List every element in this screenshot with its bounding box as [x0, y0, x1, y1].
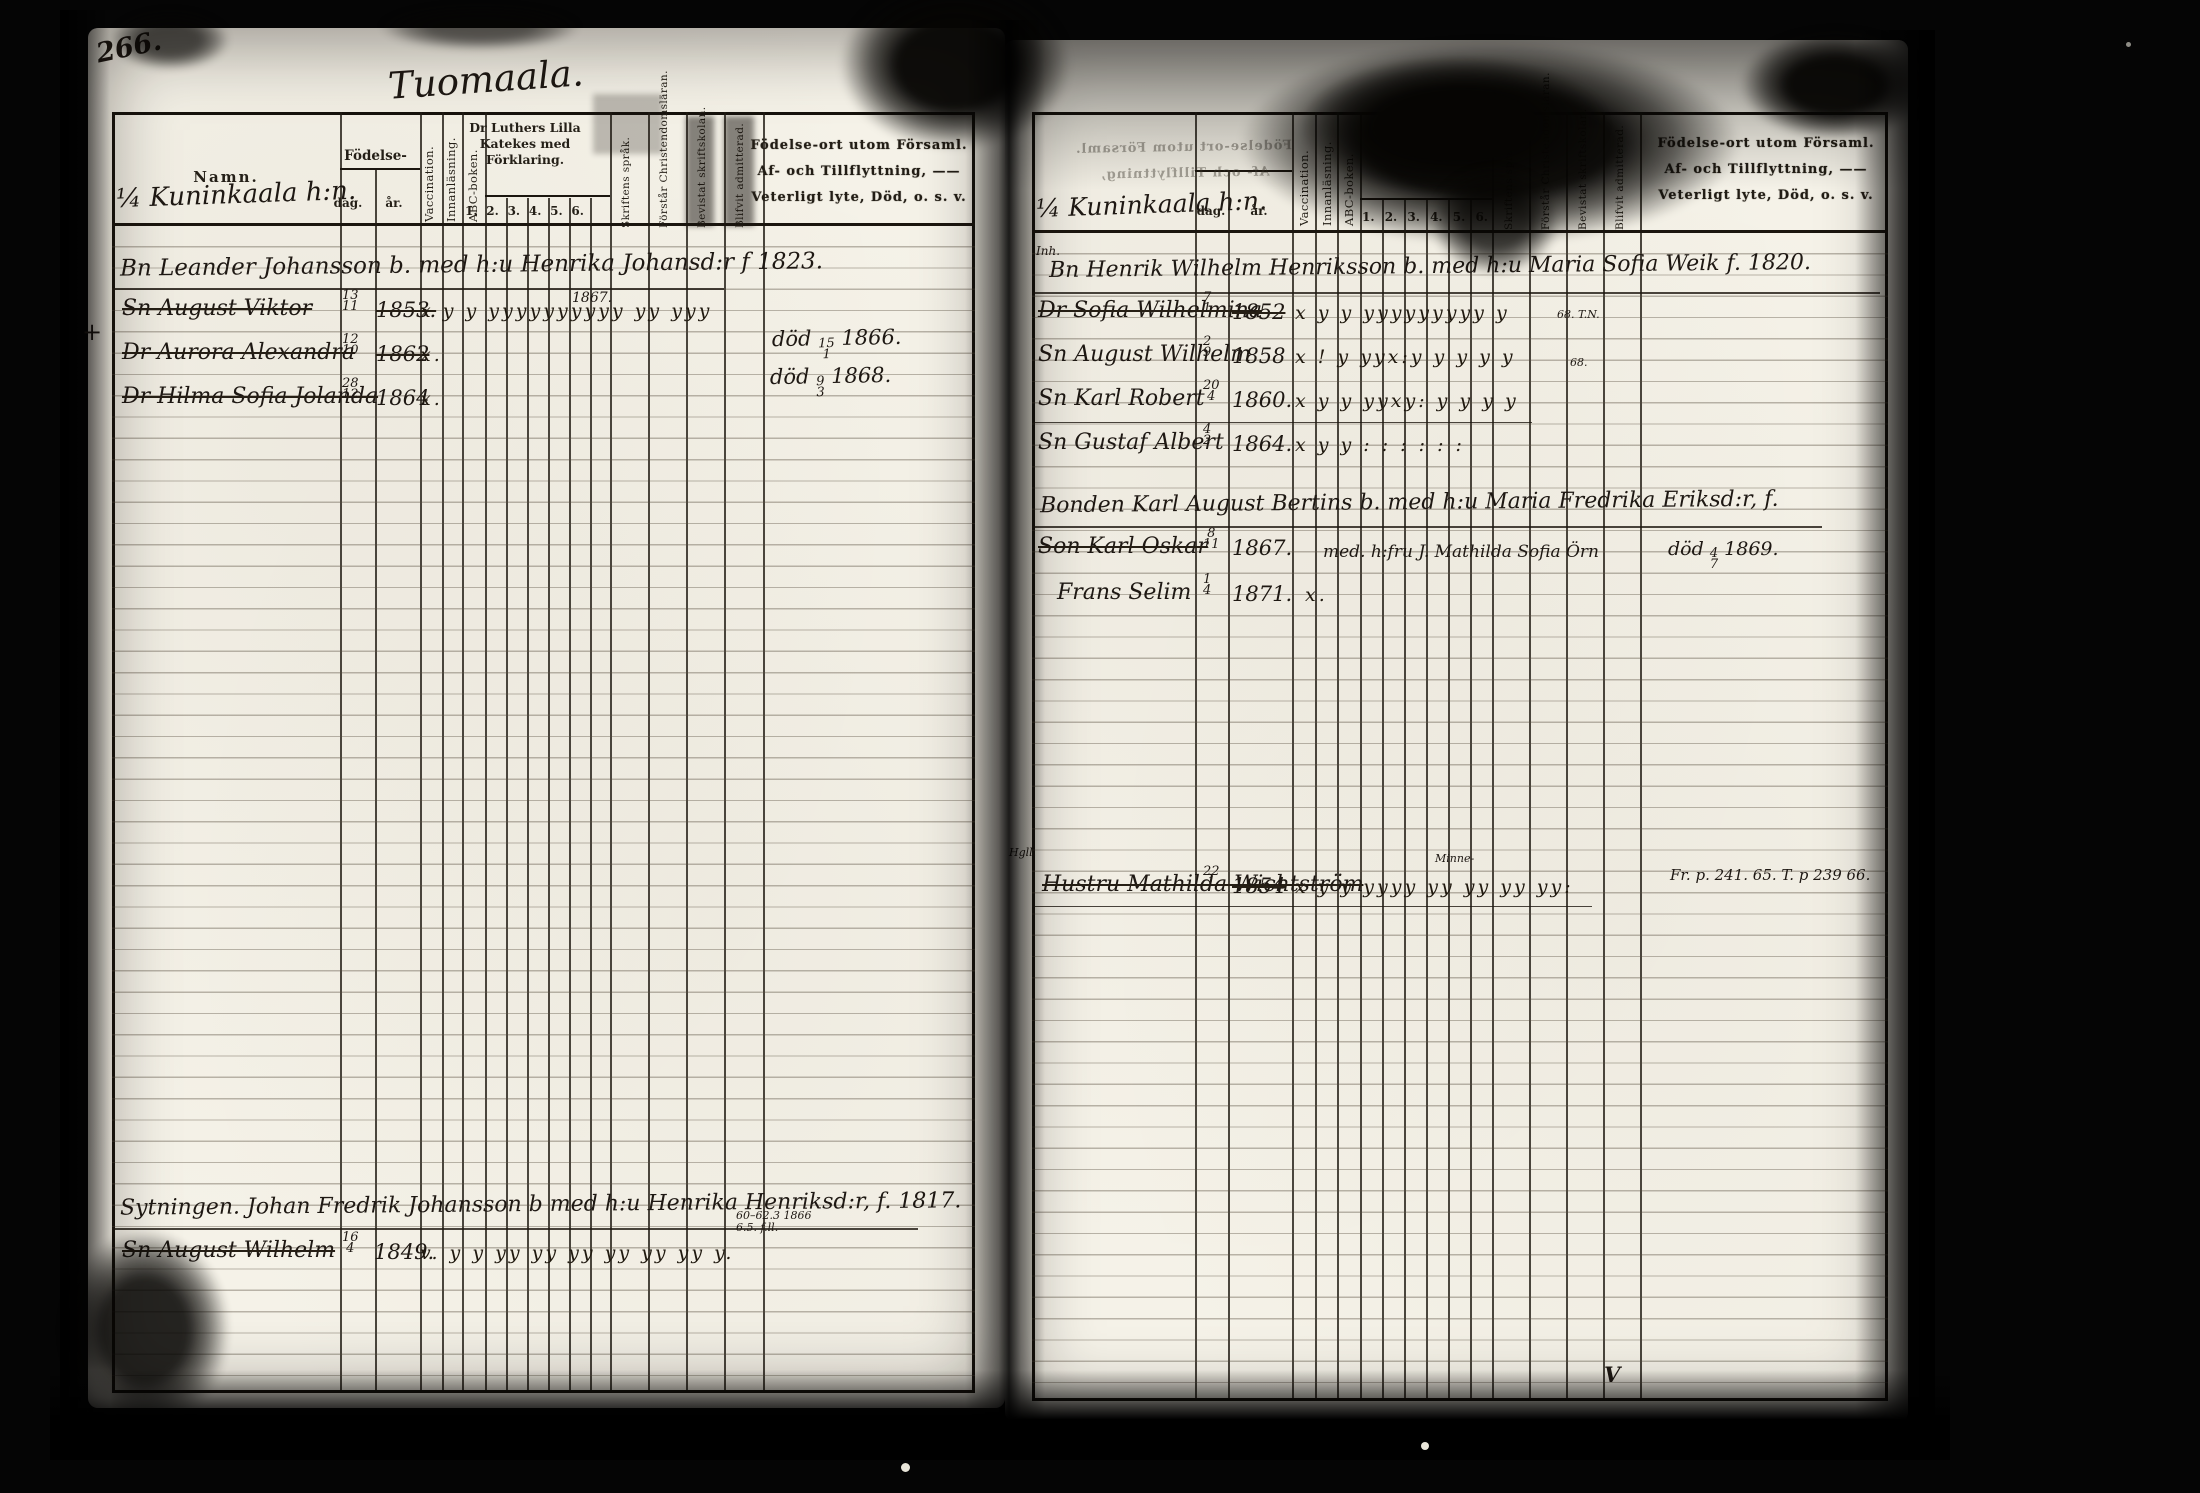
marriage-note: med. h:fru J. Mathilda Sofia Örn — [1323, 542, 1599, 562]
catechism-col-4: 4. — [529, 204, 542, 218]
column-header-remarks-3: Veterligt lyte, Död, o. s. v. — [748, 190, 970, 205]
column-header-abc: ABC-boken. — [1342, 120, 1356, 226]
reference-note: Fr. p. 241. 65. T. p 239 66. — [1670, 866, 1870, 884]
death-year: 1868. — [831, 363, 892, 388]
column-header-birth: Födelse- — [328, 148, 423, 164]
dust-speck — [1421, 1442, 1429, 1450]
check-mark: V — [1604, 1362, 1620, 1387]
death-word: död — [772, 326, 812, 351]
entry-name: Dr Aurora Alexandra — [122, 340, 355, 365]
reading-marks: x. — [420, 344, 443, 366]
birth-year: 1864. — [1232, 432, 1292, 456]
birth-date-fraction: 7 1 — [1203, 292, 1211, 314]
margin-note: Hgll. — [1009, 846, 1036, 859]
entry-name: Frans Selim — [1057, 580, 1191, 605]
entry-note-line2: 6.5. f.ll. — [736, 1221, 778, 1234]
catechism-col-2: 2. — [1385, 210, 1398, 224]
reading-marks: x. — [1305, 584, 1328, 606]
death-note: död 15 1 1866. — [772, 325, 902, 361]
reading-marks: x y y yyxy: y y y y — [1295, 390, 1519, 412]
reading-marks: x. — [420, 388, 443, 410]
birth-year: 1854 — [1232, 874, 1285, 898]
reading-marks: x ! y yyx:y y y y y — [1295, 346, 1516, 368]
ink-smudge — [593, 94, 663, 154]
death-month: 3 — [816, 387, 824, 398]
catechism-col-6: 6. — [1475, 210, 1488, 224]
birth-month: 1 — [1207, 877, 1215, 888]
marks-note: Minne- — [1435, 852, 1474, 865]
catechism-col-3: 3. — [1407, 210, 1420, 224]
birth-date-fraction: 8 11 — [1203, 528, 1220, 550]
reading-marks: x y y yyyyyyyyy y — [1295, 302, 1510, 324]
birth-month: 11 — [1203, 539, 1220, 550]
entry-name: Sn August Viktor — [122, 296, 312, 321]
catechism-line2: Katekes med — [480, 136, 571, 151]
birth-year: 1860. — [1232, 388, 1292, 412]
reading-marks: x y y yyyyyyyyyy yy yyy — [420, 300, 712, 322]
reading-marks: v. y y yy yy yy yy yy yy y. — [420, 1242, 734, 1264]
birth-date-fraction: 4 2 — [1203, 424, 1211, 446]
ink-smudge — [686, 116, 714, 226]
entry-name: Dr Sofia Wilhelmina — [1038, 298, 1262, 323]
birth-year: 1858 — [1232, 344, 1285, 368]
column-header-remarks-1: Födelse-ort utom Församl. — [1647, 136, 1885, 151]
catechism-line3: Förklaring. — [486, 152, 564, 167]
birth-month: 1 — [1203, 303, 1211, 314]
catechism-col-4: 4. — [1430, 210, 1443, 224]
column-header-reading: Innanläsning. — [1320, 120, 1334, 226]
birth-date-fraction: 28 12 — [342, 378, 359, 400]
column-header-day: dag. — [1191, 204, 1231, 218]
death-year: 1869. — [1724, 538, 1778, 560]
birth-year: 1871. — [1232, 582, 1292, 606]
catechism-numbers: 1. 2. 3. 4. 5. 6. — [465, 204, 584, 218]
column-header-understands: Förstår Christendomsläran. — [1540, 124, 1552, 230]
catechism-col-5: 5. — [1453, 210, 1466, 224]
birth-month: 2 — [1203, 435, 1211, 446]
column-header-remarks-2: Af- och Tillflyttning, —— — [1647, 162, 1885, 177]
column-header-reading: Innanläsning. — [444, 116, 458, 222]
dust-speck — [901, 1463, 910, 1472]
entry-underline — [1032, 292, 1880, 294]
entry-name: Sn Gustaf Albert — [1038, 430, 1224, 455]
reading-marks: x y y : : : : : : — [1295, 434, 1465, 456]
dust-speck — [2126, 42, 2131, 47]
reading-marks: x y y yyyy yy yy yy yy: — [1295, 876, 1574, 898]
entry-name: Dr Hilma Sofia Jolanda — [122, 384, 378, 409]
left-page: 266. Tuomaala. Namn. Födelse- dag. år. V… — [88, 28, 1005, 1408]
column-header-admitted: Blifvit admitterad. — [1614, 124, 1626, 230]
column-header-school: Bevistat skriftskolan. — [1577, 124, 1589, 230]
catechism-col-6: 6. — [571, 204, 584, 218]
catechism-col-1: 1. — [465, 204, 478, 218]
column-header-vaccination: Vaccination. — [422, 116, 436, 222]
birth-date-fraction: 2 9 — [1203, 336, 1211, 358]
birth-month: 4 — [1207, 391, 1215, 402]
death-note: död 9 3 1868. — [770, 363, 892, 399]
death-word: död — [1668, 538, 1704, 560]
church-record-scan: 266. Tuomaala. Namn. Födelse- dag. år. V… — [0, 0, 2200, 1493]
entry-name: Sn August Wilhelm — [122, 1238, 335, 1263]
entry-underline — [112, 288, 724, 290]
catechism-col-2: 2. — [486, 204, 499, 218]
catechism-col-5: 5. — [550, 204, 563, 218]
birth-month: 4 — [346, 1243, 354, 1254]
death-note: död 4 7 1869. — [1668, 538, 1779, 570]
entry-note: 68. — [1570, 356, 1588, 369]
death-month: 1 — [822, 349, 830, 360]
birth-date-fraction: 16 4 — [342, 1232, 359, 1254]
column-header-vaccination: Vaccination. — [1297, 120, 1311, 226]
catechism-col-1: 1. — [1362, 210, 1375, 224]
death-month: 7 — [1710, 559, 1718, 570]
birth-year: 1852 — [1232, 300, 1285, 324]
entry-note: 68. T.N. — [1557, 308, 1600, 321]
birth-month: 12 — [342, 389, 359, 400]
catechism-col-3: 3. — [508, 204, 521, 218]
birth-date-fraction: 20 4 — [1203, 380, 1220, 402]
entry-underline — [1032, 906, 1592, 907]
birth-date-fraction: 13 11 — [342, 290, 359, 312]
birth-year: 1867. — [1232, 536, 1292, 560]
column-header-year: år. — [1237, 204, 1281, 218]
birth-month: 4 — [1203, 585, 1211, 596]
entry-name: Son Karl Oskar — [1038, 534, 1208, 559]
column-header-remarks-3: Veterligt lyte, Död, o. s. v. — [1647, 188, 1885, 203]
entry-note: 60–62.3 1866 6.5. f.ll. — [736, 1210, 846, 1234]
village-title: Tuomaala. — [387, 51, 585, 108]
catechism-line1: Dr Luthers Lilla — [469, 120, 581, 135]
birth-date-fraction: 12 10 — [342, 334, 359, 356]
margin-cross-mark: + — [82, 318, 102, 346]
right-page: Födelse-ort utom Församl. Af- och Tillfl… — [1005, 40, 1908, 1422]
column-header-remarks-2: Af- och Tillflyttning, —— — [748, 164, 970, 179]
column-header-remarks-1: Födelse-ort utom Församl. — [748, 138, 970, 153]
entry-prefix: Inh. — [1036, 244, 1060, 258]
birth-date-fraction: 1 4 — [1203, 574, 1211, 596]
catechism-numbers: 1. 2. 3. 4. 5. 6. — [1362, 210, 1488, 224]
bleed-text-line2: Af- och Tillflyttning, — [1100, 165, 1270, 183]
birth-date-fraction: 22 1 — [1203, 866, 1220, 888]
entry-name: Sn Karl Robert — [1038, 386, 1205, 411]
birth-month: 11 — [342, 301, 359, 312]
death-word: död — [770, 364, 810, 389]
entry-underline — [1032, 526, 1822, 528]
column-header-catechism: Dr Luthers Lilla Katekes med Förklaring. — [465, 120, 585, 168]
page-number: 266. — [93, 26, 164, 70]
entry-name: Sn August Wilhelm — [1038, 342, 1251, 367]
entry-underline — [1032, 422, 1532, 423]
death-year: 1866. — [841, 325, 902, 350]
birth-month: 10 — [342, 345, 359, 356]
birth-month: 9 — [1203, 347, 1211, 358]
column-header-year: år. — [372, 196, 416, 210]
column-header-script: Skriftens språk. — [1503, 124, 1515, 230]
